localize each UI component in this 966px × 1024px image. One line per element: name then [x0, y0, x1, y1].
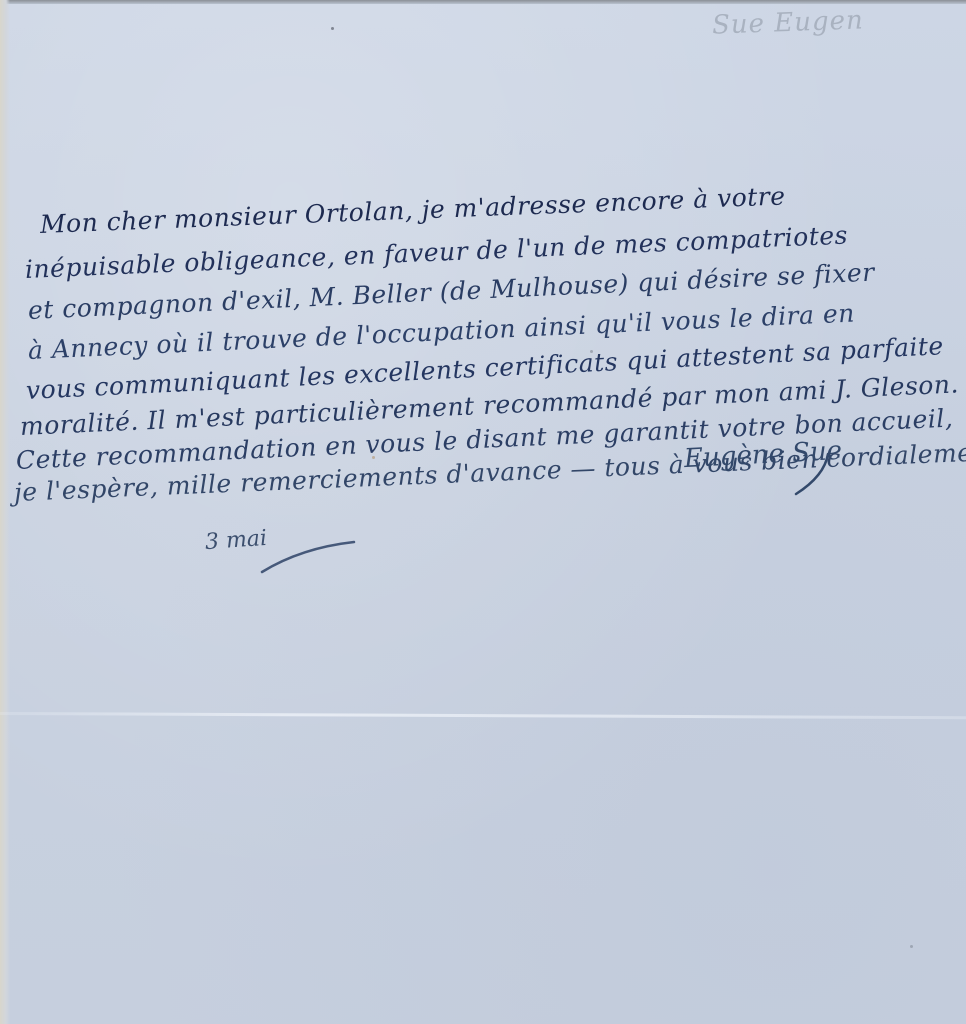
paper-speck	[372, 456, 375, 459]
paper-top-edge	[0, 0, 966, 4]
letter-page: Sue Eugen Mon cher monsieur Ortolan, je …	[0, 0, 966, 1024]
paper-speck	[331, 27, 334, 30]
paper-speck	[910, 945, 913, 948]
paper-speck	[590, 350, 593, 353]
signature-flourish-icon	[790, 452, 840, 497]
date-underline-flourish-icon	[258, 536, 358, 576]
paper-fold-line	[0, 712, 966, 719]
paper-left-edge	[0, 0, 10, 1024]
archival-pencil-note: Sue Eugen	[712, 5, 865, 40]
